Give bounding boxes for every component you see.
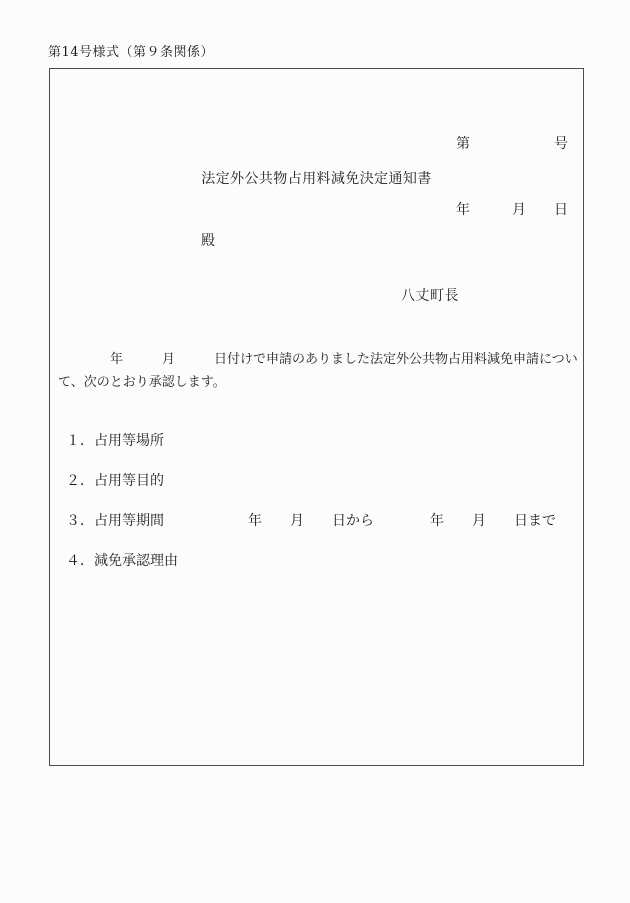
doc-date-line: 年 月 日 bbox=[456, 199, 568, 221]
item-occupation-purpose: ２．占用等目的 bbox=[66, 470, 556, 488]
item-occupation-period: ３．占用等期間 年 月 日から 年 月 日まで bbox=[66, 510, 556, 528]
body-line-1: 年 月 日付けで申請のありました法定外公共物占用料減免申請につい bbox=[58, 348, 579, 371]
addressee-honorific: 殿 bbox=[201, 230, 215, 250]
form-style-label: 第14号様式（第９条関係） bbox=[48, 41, 214, 60]
document-page: 第14号様式（第９条関係） 第 号 年 月 日 法定外公共物占用料減免決定通知書… bbox=[0, 0, 630, 903]
document-title: 法定外公共物占用料減免決定通知書 bbox=[50, 168, 583, 188]
item-occupation-place: １．占用等場所 bbox=[66, 430, 556, 448]
body-paragraph: 年 月 日付けで申請のありました法定外公共物占用料減免申請につい て、次のとおり… bbox=[58, 348, 579, 394]
body-line-2: て、次のとおり承認します。 bbox=[58, 371, 579, 394]
doc-number-line: 第 号 bbox=[456, 133, 568, 155]
items-list: １．占用等場所 ２．占用等目的 ３．占用等期間 年 月 日から 年 月 日まで … bbox=[66, 430, 556, 590]
item-exemption-reason: ４．減免承認理由 bbox=[66, 550, 556, 568]
document-frame: 第 号 年 月 日 法定外公共物占用料減免決定通知書 殿 八丈町長 年 月 日付… bbox=[49, 68, 584, 766]
issuer-name: 八丈町長 bbox=[401, 285, 459, 305]
